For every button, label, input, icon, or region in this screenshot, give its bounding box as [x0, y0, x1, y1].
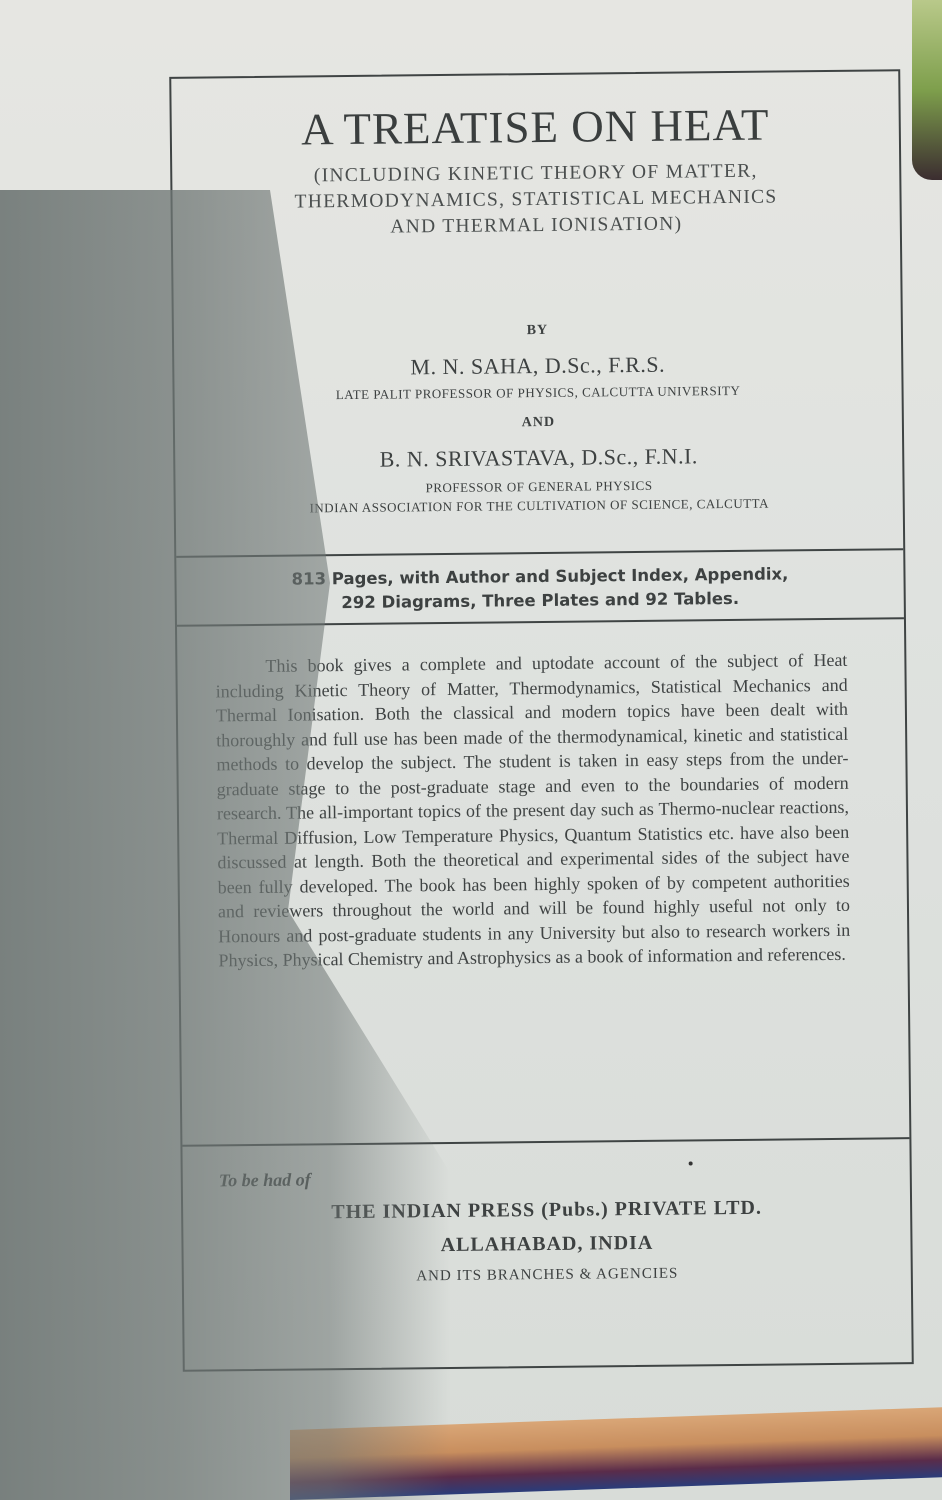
- book-description: This book gives a complete and uptodate …: [215, 648, 850, 973]
- divider: [176, 548, 903, 558]
- publisher-city: ALLAHABAD, INDIA: [183, 1229, 910, 1260]
- background-plant: [912, 0, 942, 180]
- divider: [177, 617, 904, 627]
- author-name: M. N. SAHA, D.Sc., F.R.S.: [174, 349, 901, 383]
- print-speck: [689, 1161, 693, 1165]
- divider: [182, 1137, 909, 1147]
- book-stats: 813 Pages, with Author and Subject Index…: [176, 561, 903, 617]
- book-title: A TREATISE ON HEAT: [172, 97, 900, 157]
- and-label: AND: [175, 411, 902, 435]
- author-name: B. N. SRIVASTAVA, D.Sc., F.N.I.: [175, 441, 902, 475]
- publisher-branches: AND ITS BRANCHES & AGENCIES: [184, 1263, 911, 1288]
- author-affiliation: LATE PALIT PROFESSOR OF PHYSICS, CALCUTT…: [175, 381, 902, 405]
- by-label: BY: [174, 319, 901, 343]
- printed-frame: A TREATISE ON HEAT (INCLUDING KINETIC TH…: [169, 69, 914, 1372]
- author-affiliation: PROFESSOR OF GENERAL PHYSICS INDIAN ASSO…: [175, 473, 902, 519]
- publisher-intro: To be had of: [219, 1169, 311, 1191]
- publisher-name: THE INDIAN PRESS (Pubs.) PRIVATE LTD.: [183, 1195, 910, 1226]
- book-subtitle: (INCLUDING KINETIC THEORY OF MATTER, THE…: [172, 157, 900, 243]
